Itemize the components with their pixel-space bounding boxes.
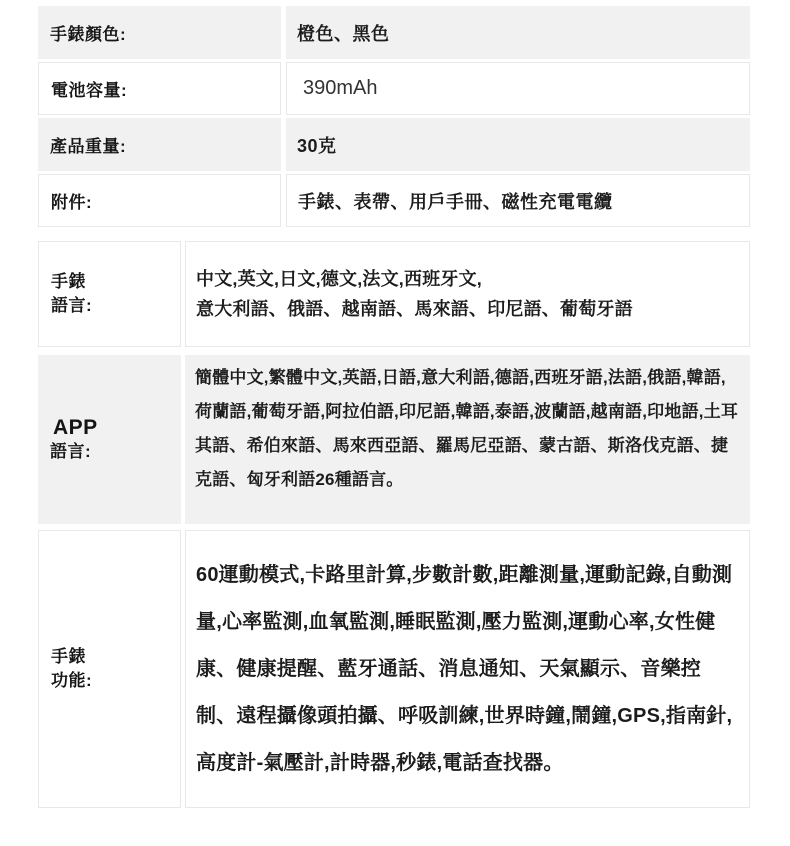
watch-functions-label: 手錶 功能: (39, 645, 92, 693)
watch-functions-label-line2: 功能: (51, 669, 92, 693)
app-language-label: APP 語言: (38, 416, 98, 464)
watch-color-value: 橙色、黑色 (286, 20, 390, 46)
app-language-value: 簡體中文,繁體中文,英語,日語,意大利語,德語,西班牙語,法語,俄語,韓語,荷蘭… (185, 355, 750, 497)
watch-color-label: 手錶顏色: (38, 20, 126, 45)
watch-language-label: 手錶 語言: (39, 270, 92, 318)
row-app-language: APP 語言: 簡體中文,繁體中文,英語,日語,意大利語,德語,西班牙語,法語,… (38, 355, 750, 524)
app-language-value-cell: 簡體中文,繁體中文,英語,日語,意大利語,德語,西班牙語,法語,俄語,韓語,荷蘭… (185, 355, 750, 524)
language-table: 手錶 語言: 中文,英文,日文,德文,法文,西班牙文, 意大利語、俄語、越南語、… (38, 241, 750, 524)
watch-color-value-cell: 橙色、黑色 (286, 6, 750, 59)
accessories-label: 附件: (39, 188, 92, 213)
watch-language-label-line1: 手錶 (51, 270, 92, 294)
watch-functions-value: 60運動模式,卡路里計算,步數計數,距離測量,運動記錄,自動測量,心率監測,血氧… (186, 552, 749, 787)
spec-row-accessories: 附件: 手錶、表帶、用戶手冊、磁性充電電纜 (38, 174, 750, 227)
product-spec-page: 手錶顏色: 橙色、黑色 電池容量: 390mAh 產品重量: 30克 (0, 0, 750, 808)
battery-label-cell: 電池容量: (38, 62, 281, 115)
watch-color-label-cell: 手錶顏色: (38, 6, 281, 59)
app-language-label-cell: APP 語言: (38, 355, 181, 524)
app-language-label-line2: 語言: (50, 440, 98, 464)
watch-functions-label-cell: 手錶 功能: (38, 530, 181, 808)
watch-functions-value-cell: 60運動模式,卡路里計算,步數計數,距離測量,運動記錄,自動測量,心率監測,血氧… (185, 530, 750, 808)
accessories-value-cell: 手錶、表帶、用戶手冊、磁性充電電纜 (286, 174, 750, 227)
function-table: 手錶 功能: 60運動模式,卡路里計算,步數計數,距離測量,運動記錄,自動測量,… (38, 530, 750, 808)
weight-value: 30克 (286, 132, 337, 158)
weight-label-cell: 產品重量: (38, 118, 281, 171)
battery-value-cell: 390mAh (286, 62, 750, 115)
row-watch-functions: 手錶 功能: 60運動模式,卡路里計算,步數計數,距離測量,運動記錄,自動測量,… (38, 530, 750, 808)
accessories-label-cell: 附件: (38, 174, 281, 227)
battery-label: 電池容量: (39, 76, 127, 101)
watch-language-label-line2: 語言: (51, 294, 92, 318)
spec-row-watch-color: 手錶顏色: 橙色、黑色 (38, 6, 750, 59)
spec-row-battery: 電池容量: 390mAh (38, 62, 750, 115)
spec-table: 手錶顏色: 橙色、黑色 電池容量: 390mAh 產品重量: 30克 (38, 6, 750, 227)
row-watch-language: 手錶 語言: 中文,英文,日文,德文,法文,西班牙文, 意大利語、俄語、越南語、… (38, 241, 750, 347)
weight-value-cell: 30克 (286, 118, 750, 171)
watch-language-label-cell: 手錶 語言: (38, 241, 181, 347)
accessories-value: 手錶、表帶、用戶手冊、磁性充電電纜 (287, 188, 613, 214)
battery-value: 390mAh (287, 77, 378, 100)
app-language-label-line1: APP (50, 416, 98, 440)
spec-row-weight: 產品重量: 30克 (38, 118, 750, 171)
weight-label: 產品重量: (38, 132, 126, 157)
watch-functions-label-line1: 手錶 (51, 645, 92, 669)
watch-language-value: 中文,英文,日文,德文,法文,西班牙文, 意大利語、俄語、越南語、馬來語、印尼語… (186, 264, 633, 324)
watch-language-value-cell: 中文,英文,日文,德文,法文,西班牙文, 意大利語、俄語、越南語、馬來語、印尼語… (185, 241, 750, 347)
